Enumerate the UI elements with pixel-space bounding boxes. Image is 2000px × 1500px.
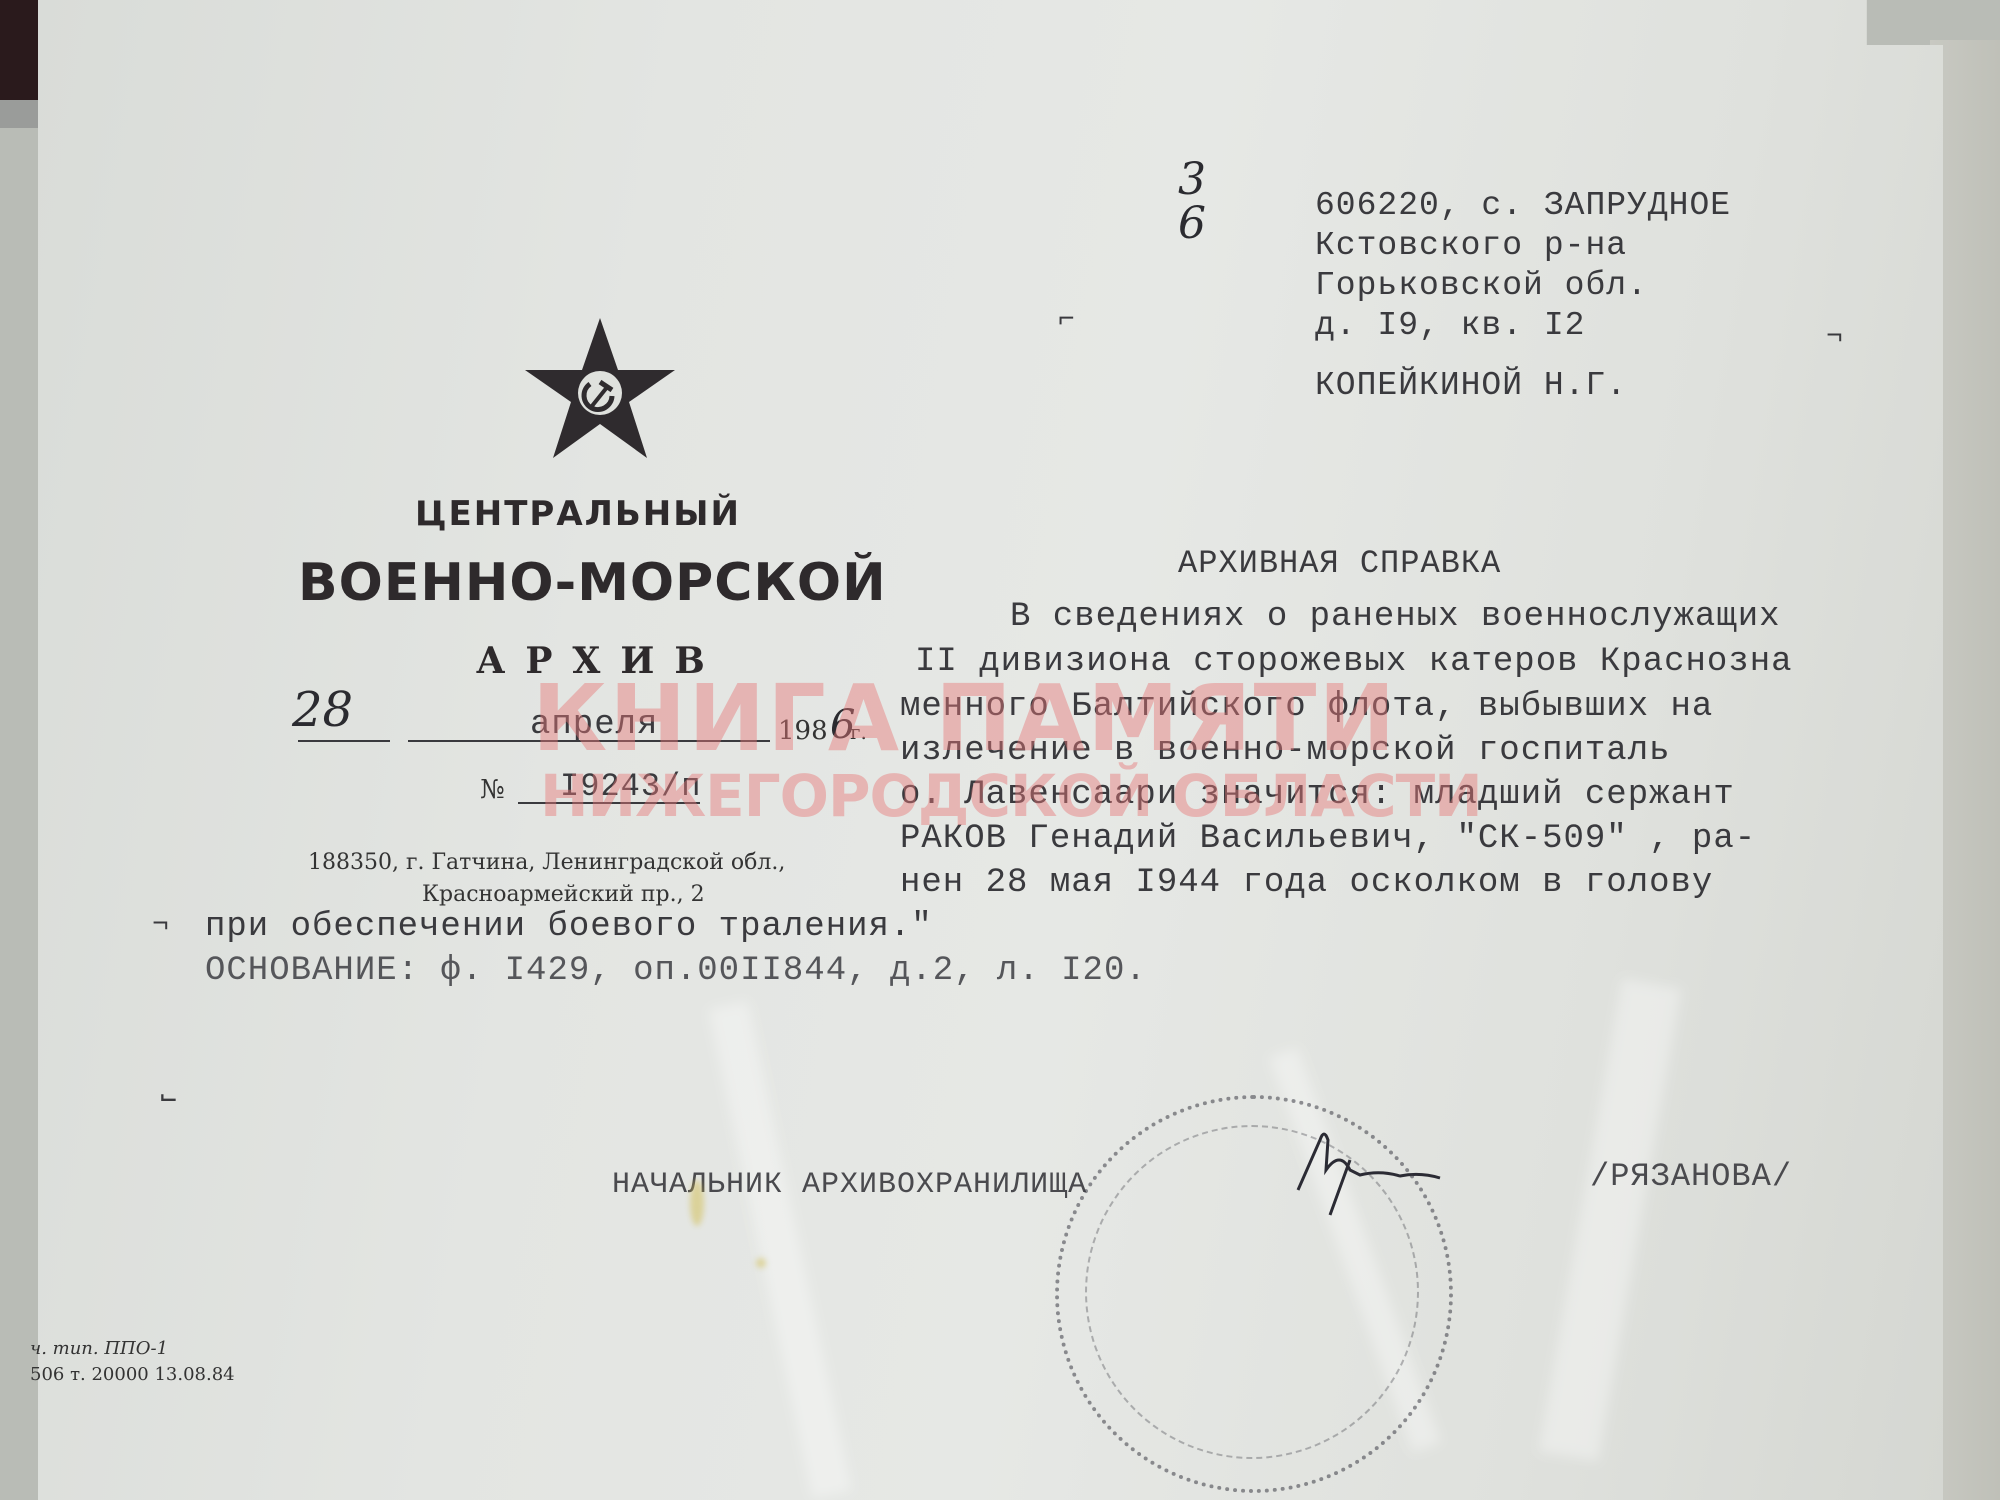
body-line-6: РАКОВ Генадий Васильевич, "СК-509" , ра- xyxy=(900,820,1756,858)
document-title: АРХИВНАЯ СПРАВКА xyxy=(1178,545,1501,582)
body-line-1: В сведениях о раненых военнослужащих xyxy=(1010,598,1781,636)
body-line-4: излечение в военно-морской госпиталь xyxy=(900,732,1671,770)
signature-position: НАЧАЛЬНИК АРХИВОХРАНИЛИЩА xyxy=(612,1168,1087,1202)
recipient-name: КОПЕЙКИНОЙ Н.Г. xyxy=(1315,366,1731,406)
archive-address-line1: 188350, г. Гатчина, Ленинградской обл., xyxy=(308,850,785,875)
body-line-3: менного Балтийского флота, выбывших на xyxy=(900,688,1713,726)
background-dark-strip xyxy=(0,0,42,108)
corner-mark: ¬ xyxy=(1826,322,1844,353)
body-line-5: о. Лавенсаари значится: младший сержант xyxy=(900,776,1735,814)
print-info-line1: ч. тип. ППО-1 xyxy=(30,1338,168,1359)
number-value: I9243/п xyxy=(560,768,701,805)
recipient-line1: 606220, с. ЗАПРУДНОЕ xyxy=(1315,186,1731,226)
handwritten-note: 3 6 xyxy=(1178,158,1206,246)
basis-line: ОСНОВАНИЕ: ф. I429, оп.00II844, д.2, л. … xyxy=(205,952,1147,990)
date-year-unit: г. xyxy=(850,720,867,744)
corner-mark: ⌙ xyxy=(160,1080,178,1115)
recipient-line4: д. I9, кв. I2 xyxy=(1315,306,1731,346)
body-line-2: II дивизиона сторожевых катеров Краснозн… xyxy=(915,643,1793,681)
official-stamp-inner-ring xyxy=(1085,1125,1419,1459)
letterhead-line2: ВОЕННО-МОРСКОЙ xyxy=(298,553,887,613)
signature-name: /РЯЗАНОВА/ xyxy=(1590,1158,1792,1195)
letterhead-line1: ЦЕНТРАЛЬНЫЙ xyxy=(415,494,741,534)
paper-stain xyxy=(690,1180,704,1226)
paper-stain xyxy=(756,1258,766,1268)
date-day-line xyxy=(298,740,390,742)
recipient-line3: Горьковской обл. xyxy=(1315,266,1731,306)
background-paper-edge xyxy=(0,100,38,128)
body-continuation: при обеспечении боевого траления." xyxy=(205,908,933,946)
archive-address-line2: Красноармейский пр., 2 xyxy=(422,882,705,907)
number-label: № xyxy=(480,775,505,805)
body-line-7: нен 28 мая I944 года осколком в голову xyxy=(900,864,1713,902)
recipient-block: 606220, с. ЗАПРУДНОЕ Кстовского р-на Гор… xyxy=(1315,186,1731,406)
corner-mark: ⌐ xyxy=(1058,305,1076,336)
date-day: 28 xyxy=(292,682,353,738)
star-hammer-sickle-icon xyxy=(520,318,680,468)
recipient-line2: Кстовского р-на xyxy=(1315,226,1731,266)
print-info-line2: 506 т. 20000 13.08.84 xyxy=(30,1364,235,1385)
letterhead-line3: АРХИВ xyxy=(476,640,725,682)
date-year-prefix: 198 xyxy=(778,716,828,746)
date-month: апреля xyxy=(530,706,658,744)
corner-mark: ¬ xyxy=(152,910,170,941)
